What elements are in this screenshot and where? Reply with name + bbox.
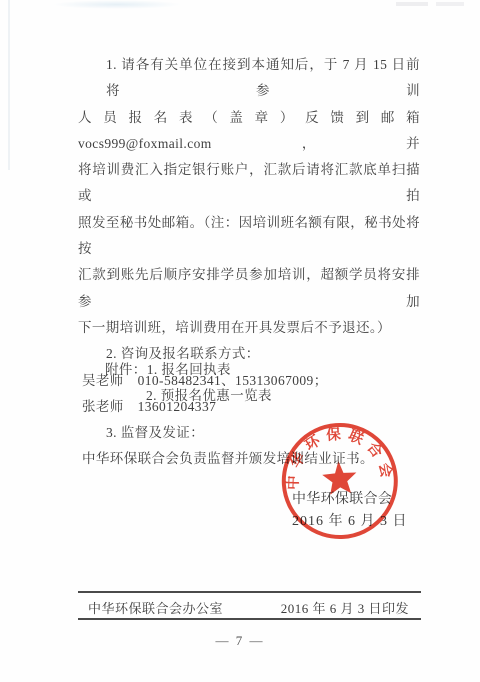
footer-office: 中华环保联合会办公室 [88, 598, 223, 617]
footer-rule-bottom [78, 618, 421, 620]
scan-smudge [52, 0, 182, 9]
body-line: 下一期培训班，培训费用在开具发票后不予退还。） [78, 315, 420, 341]
body-line: 将培训费汇入指定银行账户，汇款后请将汇款底单扫描或拍 [78, 157, 420, 210]
scan-artifact [436, 2, 464, 6]
scan-artifact [396, 2, 428, 6]
scan-edge-line [8, 0, 10, 170]
body-line: 1. 请各有关单位在接到本通知后，于 7 月 15 日前将参训 [78, 52, 420, 105]
body-line: 汇款到账先后顺序安排学员参加培训，超额学员将安排参加 [78, 262, 420, 315]
attachments-block: 附件：1. 报名回执表 2. 预报名优惠一览表 [105, 357, 272, 410]
body-line: 人员报名表（盖章）反馈到邮箱 vocs999@foxmail.com，并 [78, 105, 420, 158]
footer-print-date: 2016 年 6 月 3 日印发 [281, 598, 409, 617]
seal-star-icon [321, 460, 357, 495]
document-page: 1. 请各有关单位在接到本通知后，于 7 月 15 日前将参训 人员报名表（盖章… [0, 0, 480, 682]
footer-row: 中华环保联合会办公室 2016 年 6 月 3 日印发 [78, 596, 421, 618]
notice-body: 1. 请各有关单位在接到本通知后，于 7 月 15 日前将参训 人员报名表（盖章… [78, 52, 420, 473]
attachment-line: 附件：1. 报名回执表 [105, 357, 272, 383]
footer-rule-top [78, 591, 421, 593]
official-seal-stamp: 中华环保联合会 [266, 416, 414, 551]
page-number: — 7 — [0, 633, 480, 649]
attachment-line: 2. 预报名优惠一览表 [105, 383, 272, 409]
body-line: 照发至秘书处邮箱。（注：因培训班名额有限，秘书处将按 [78, 210, 420, 263]
